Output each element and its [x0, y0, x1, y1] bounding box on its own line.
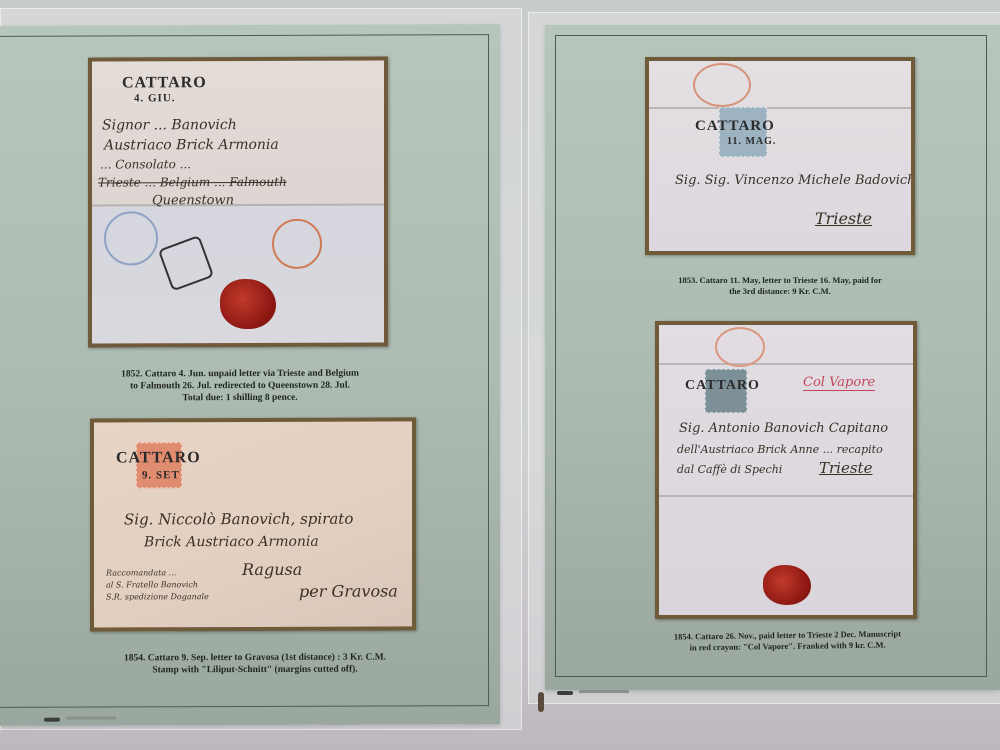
fold-line: [659, 363, 913, 365]
address-line: Austriaco Brick Armonia: [104, 137, 279, 154]
date-postmark: 4. GIU.: [134, 93, 176, 104]
cattaro-postmark: CATTARO: [695, 119, 775, 134]
date-postmark: 11. MAG.: [727, 137, 776, 147]
red-crayon-manuscript: Col Vapore: [803, 375, 875, 391]
right-album-page: CATTARO 11. MAG. Sig. Sig. Vincenzo Mich…: [545, 25, 1000, 690]
caption-1853: 1853. Cattaro 11. May, letter to Trieste…: [655, 275, 905, 297]
caption-1854-gravosa: 1854. Cattaro 9. Sep. letter to Gravosa …: [90, 651, 420, 676]
address-line: Queenstown: [152, 193, 234, 208]
cattaro-postmark: CATTARO: [122, 75, 207, 91]
red-faded-postmark: [693, 63, 751, 107]
side-note: S.R. spedizione Doganale: [106, 592, 209, 601]
address-line: Sig. Niccolò Banovich, spirato: [124, 510, 353, 529]
wax-seal: [220, 279, 276, 329]
address-line: dal Caffè di Spechi: [677, 463, 782, 476]
address-line: dell'Austriaco Brick Anne ... recapito: [677, 443, 883, 456]
cattaro-postmark: CATTARO: [116, 450, 201, 466]
cattaro-postmark: CATTARO: [685, 379, 760, 393]
cover-1854-cattaro-trieste: CATTARO Col Vapore Sig. Antonio Banovich…: [655, 321, 917, 619]
caption-line: 1854. Cattaro 9. Sep. letter to Gravosa …: [90, 651, 420, 664]
red-faded-postmark: [715, 327, 765, 367]
address-line: Trieste ... Belgium ... Falmouth: [98, 175, 287, 190]
caption-line: the 3rd distance: 9 Kr. C.M.: [655, 286, 905, 297]
publisher-logo: [44, 718, 60, 722]
publisher-mark: [66, 716, 116, 719]
wax-seal: [763, 565, 811, 605]
address-line: ... Consolato ...: [100, 157, 191, 171]
fold-line: [659, 495, 913, 497]
blue-transit-postmark: [104, 211, 158, 265]
caption-line: 1852. Cattaro 4. Jun. unpaid letter via …: [80, 367, 400, 380]
red-receiving-postmark: [272, 219, 322, 269]
caption-line: 1853. Cattaro 11. May, letter to Trieste…: [655, 275, 905, 286]
side-note: Raccomandata ...: [106, 568, 176, 577]
cover-1853-cattaro-trieste: CATTARO 11. MAG. Sig. Sig. Vincenzo Mich…: [645, 57, 915, 255]
publisher-mark: [579, 690, 629, 693]
date-postmark: 9. SET: [142, 470, 180, 481]
caption-1852: 1852. Cattaro 4. Jun. unpaid letter via …: [80, 367, 400, 404]
publisher-logo: [557, 691, 573, 695]
address-line: Sig. Sig. Vincenzo Michele Badovich: [675, 173, 915, 188]
address-line: Sig. Antonio Banovich Capitano: [679, 421, 888, 436]
address-line: per Gravosa: [299, 581, 398, 600]
caption-1854-trieste: 1854. Cattaro 26. Nov., paid letter to T…: [650, 628, 925, 654]
sleeve-rivet: [538, 692, 544, 712]
left-album-page: CATTARO 4. GIU. Signor ... Banovich Aust…: [0, 24, 500, 726]
side-note: al S. Fratello Banovich: [106, 580, 198, 589]
caption-line: to Falmouth 26. Jul. redirected to Queen…: [80, 379, 400, 392]
address-line: Trieste: [815, 209, 872, 228]
cover-1854-cattaro-gravosa: CATTARO 9. SET Sig. Niccolò Banovich, sp…: [90, 417, 416, 631]
address-line: Ragusa: [242, 560, 302, 579]
address-line: Trieste: [819, 459, 872, 477]
caption-line: Total due: 1 shilling 8 pence.: [80, 391, 400, 404]
cover-1852-cattaro-falmouth: CATTARO 4. GIU. Signor ... Banovich Aust…: [88, 57, 388, 348]
address-line: Brick Austriaco Armonia: [144, 534, 319, 551]
address-line: Signor ... Banovich: [102, 117, 237, 133]
fold-line: [649, 107, 911, 109]
caption-line: Stamp with "Liliput-Schnitt" (margins cu…: [90, 663, 420, 676]
